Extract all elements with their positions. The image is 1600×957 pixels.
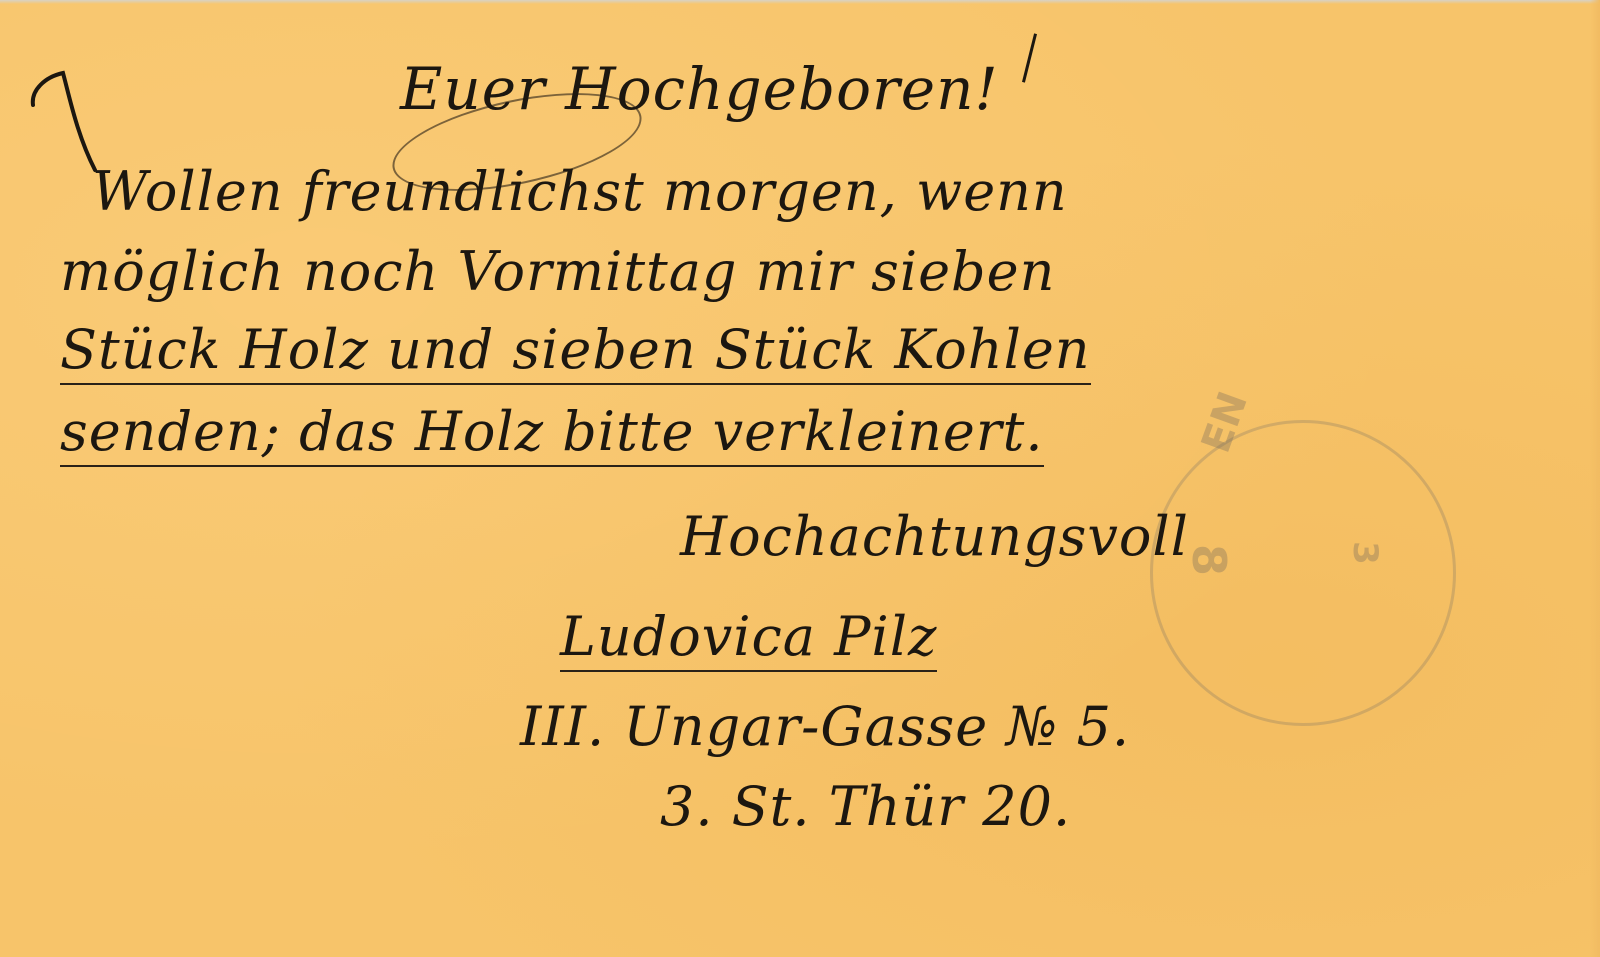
body-line-4: senden; das Holz bitte verkleinert. — [60, 400, 1044, 467]
postmark-fragment-right: 3 — [1345, 541, 1385, 565]
postmark-stamp: EN 8 3 — [1150, 420, 1456, 726]
postcard: EN 8 3 Euer Hochgeboren! Wollen freundli… — [0, 0, 1600, 957]
postmark-fragment-top: EN — [1193, 386, 1257, 459]
salutation-exclamation-stroke — [1022, 33, 1037, 82]
margin-bracket-mark — [25, 65, 115, 175]
signature: Ludovica Pilz — [560, 605, 937, 672]
paper-edge-right — [1590, 0, 1600, 957]
address-line-2: 3. St. Thür 20. — [660, 775, 1071, 838]
paper-edge-top — [0, 0, 1600, 4]
body-line-2: möglich noch Vormittag mir sieben — [60, 240, 1055, 303]
body-line-3: Stück Holz und sieben Stück Kohlen — [60, 318, 1091, 385]
body-line-1: Wollen freundlichst morgen, wenn — [92, 160, 1068, 223]
closing: Hochachtungsvoll — [680, 505, 1189, 568]
salutation: Euer Hochgeboren! — [400, 55, 999, 123]
address-line-1: III. Ungar-Gasse № 5. — [520, 695, 1130, 758]
postmark-fragment-mid: 8 — [1182, 544, 1236, 576]
